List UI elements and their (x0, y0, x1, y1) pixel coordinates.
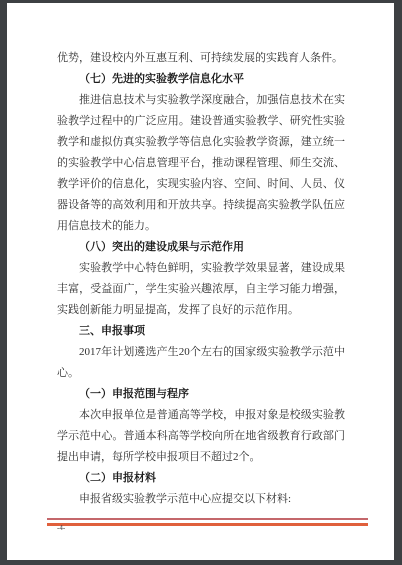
section-heading: 三、申报事项 (57, 321, 345, 342)
section-heading: （二）申报材料 (57, 468, 345, 489)
section-heading: （七）先进的实验教学信息化水平 (57, 69, 345, 90)
section-heading: （一）申报范围与程序 (57, 384, 345, 405)
scanned-document-background: { "page": { "number_label": "-4-", "back… (0, 0, 402, 565)
paragraph-text: 本次申报单位是普通高等学校，申报对象是校级实验教学示范中心。普通本科高等学校向所… (57, 405, 345, 468)
document-page: 优势，建设校内外互惠互利、可持续发展的实践育人条件。（七）先进的实验教学信息化水… (7, 3, 394, 560)
document-body-text: 优势，建设校内外互惠互利、可持续发展的实践育人条件。（七）先进的实验教学信息化水… (57, 48, 345, 510)
footer-rule-bottom (47, 523, 368, 526)
page-number: -4- (57, 524, 65, 533)
paragraph-text: 2017年计划遴选产生20个左右的国家级实验教学示范中心。 (57, 342, 345, 384)
paragraph-text: 实验教学中心特色鲜明，实验教学效果显著，建设成果丰富，受益面广，学生实验兴趣浓厚… (57, 258, 345, 321)
paragraph-text: 推进信息技术与实验教学深度融合，加强信息技术在实验教学过程中的广泛应用。建设普通… (57, 90, 345, 237)
footer-rule-top (47, 518, 368, 520)
paragraph-text: 申报省级实验教学示范中心应提交以下材料: (57, 489, 345, 510)
section-heading: （八）突出的建设成果与示范作用 (57, 237, 345, 258)
paragraph-text: 优势，建设校内外互惠互利、可持续发展的实践育人条件。 (57, 48, 345, 69)
